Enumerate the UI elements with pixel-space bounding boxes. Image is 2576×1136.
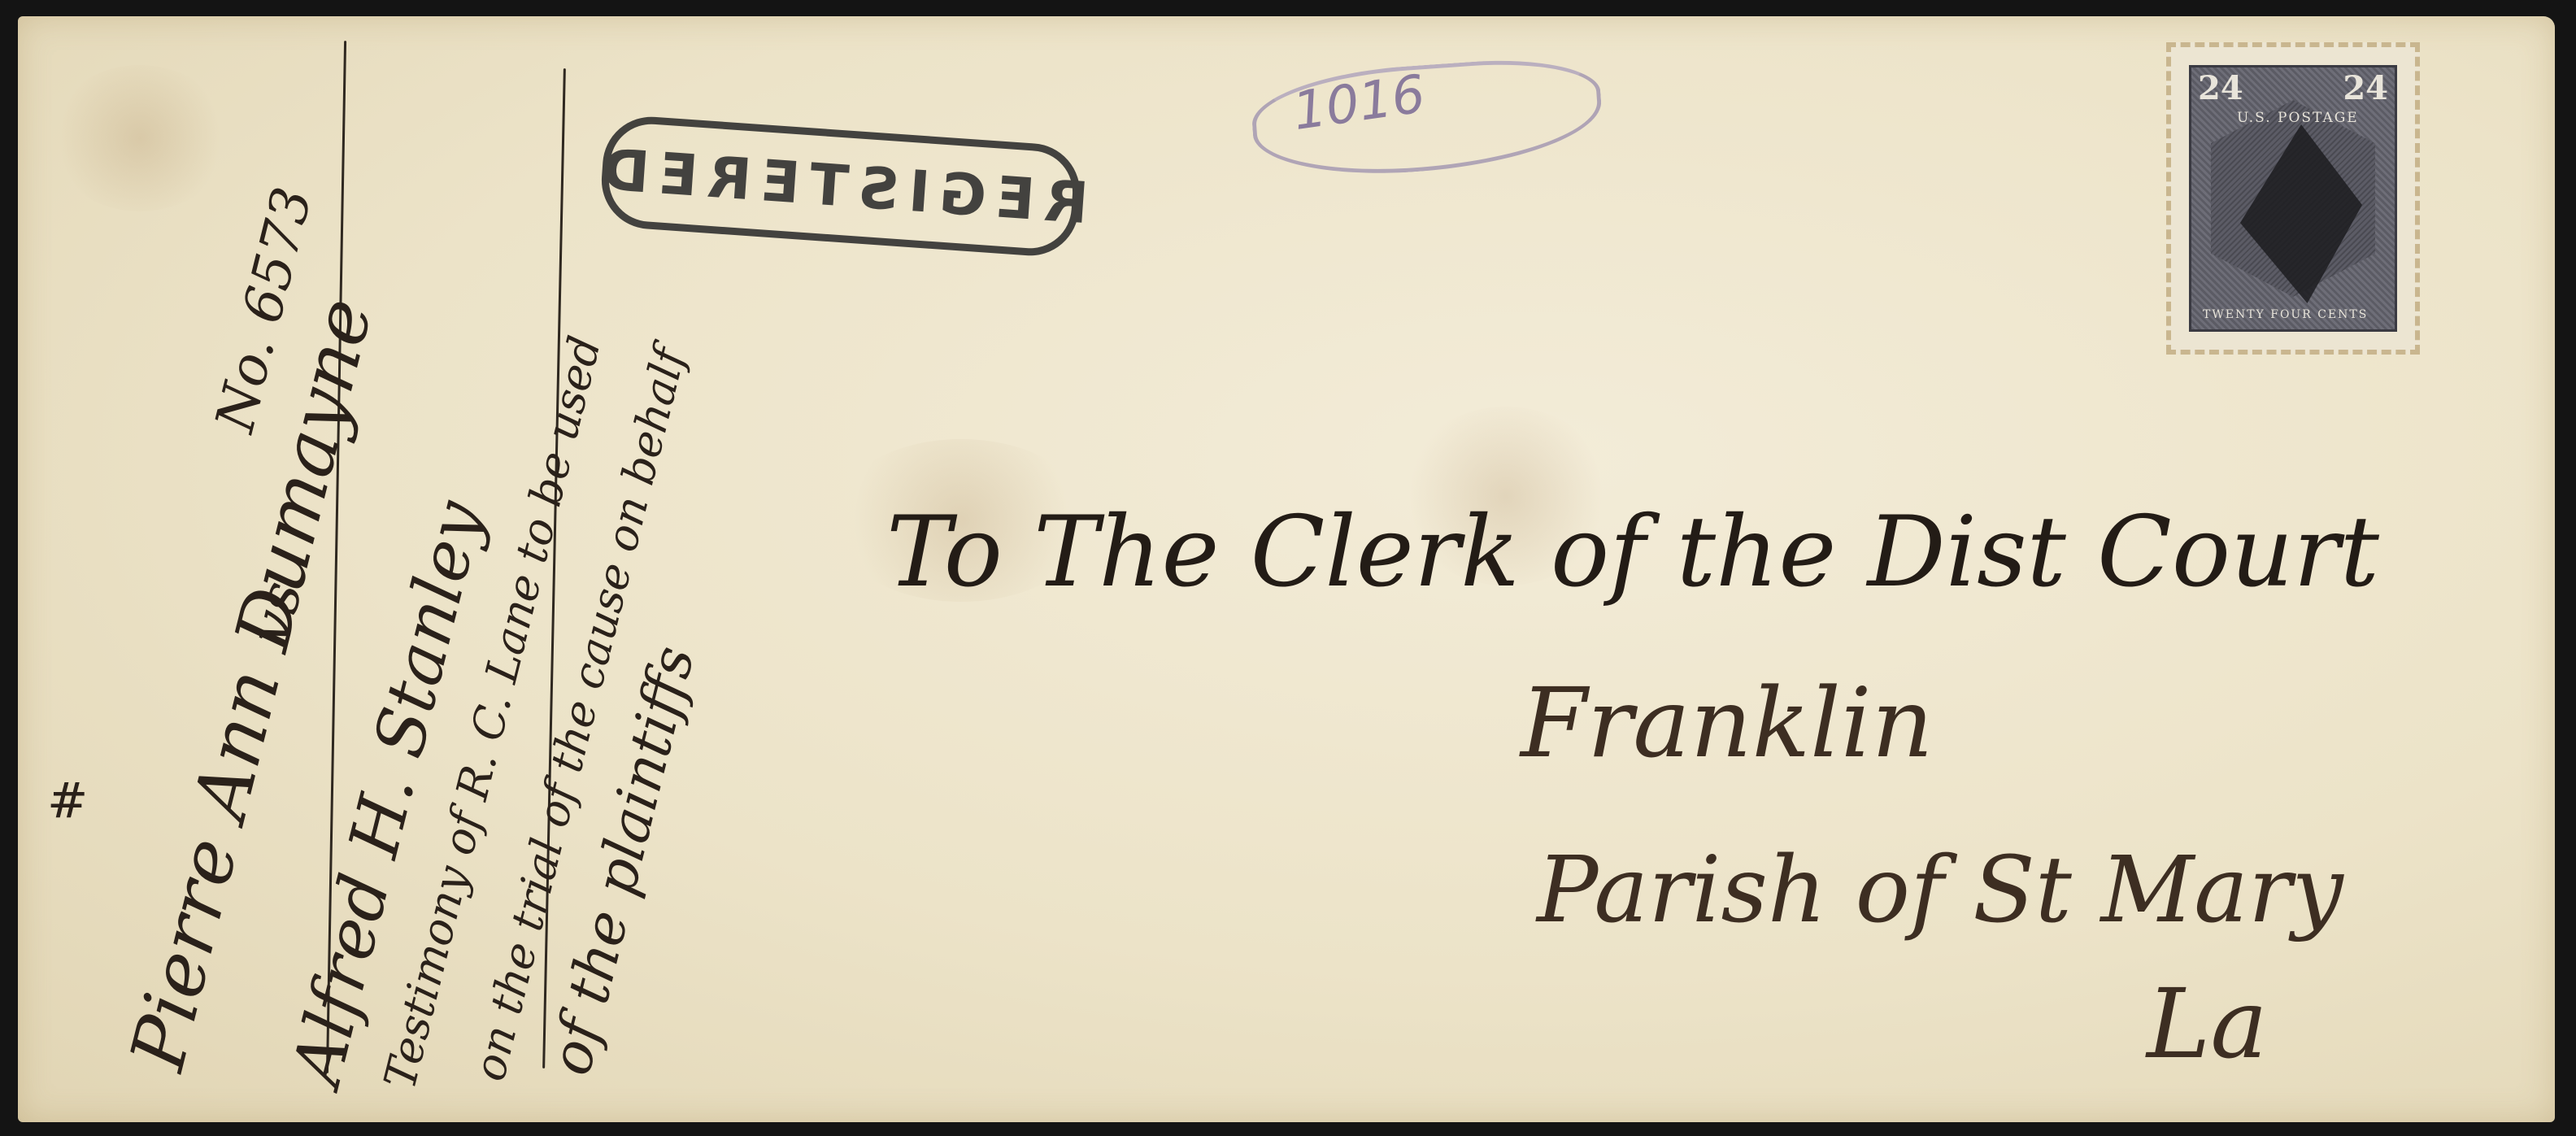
address-line-1: To The Clerk of the Dist Court (886, 496, 2379, 609)
stamp-value-right: 24 (2343, 69, 2388, 107)
stamp-design: 24 24 U.S. POSTAGE TWENTY FOUR CENTS (2189, 65, 2397, 332)
registered-text: REGISTERED (590, 136, 1090, 237)
postage-stamp: 24 24 U.S. POSTAGE TWENTY FOUR CENTS (2166, 42, 2420, 355)
address-line-3: Parish of St Mary (1537, 838, 2343, 943)
stamp-value-left: 24 (2198, 69, 2243, 107)
stamp-inscription-bottom: TWENTY FOUR CENTS (2203, 308, 2368, 321)
stamp-inscription-top: U.S. POSTAGE (2237, 110, 2359, 126)
address-line-2: Franklin (1521, 667, 1934, 779)
stain (50, 65, 229, 211)
docket-mark: # (47, 773, 88, 829)
address-line-4: La (2147, 968, 2268, 1080)
